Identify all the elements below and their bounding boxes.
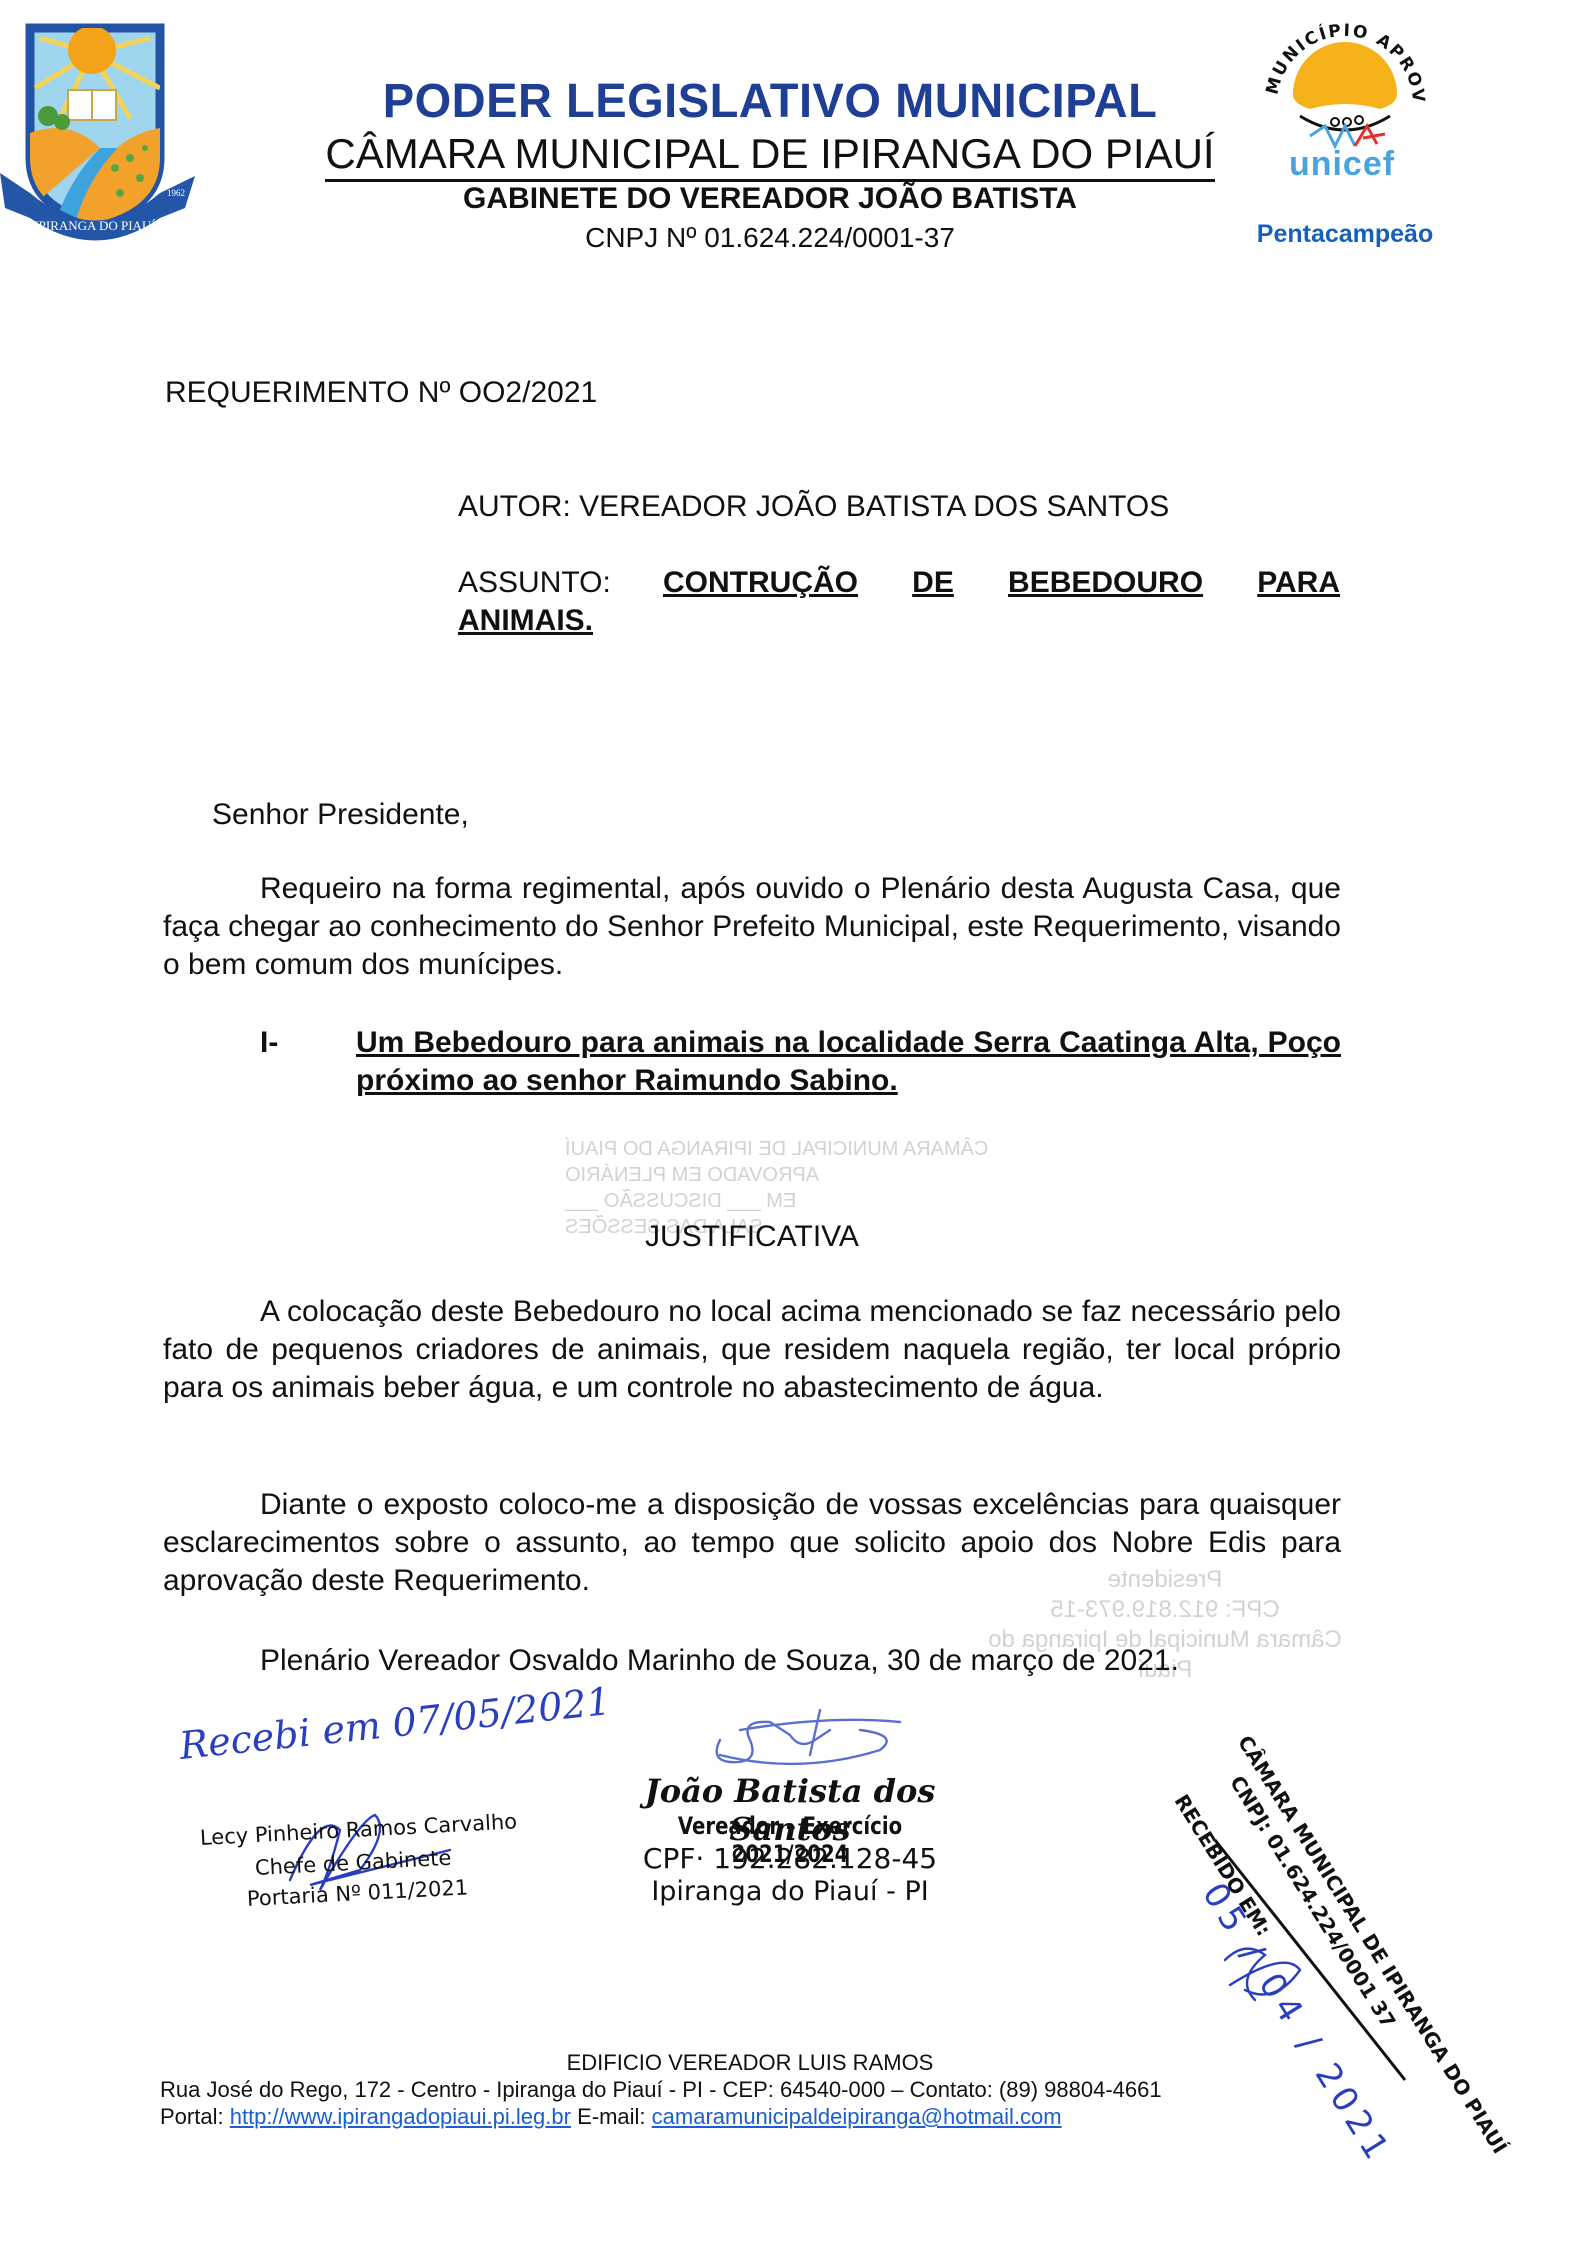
place-and-date: Plenário Vereador Osvaldo Marinho de Sou… — [260, 1642, 1179, 1680]
subject-line2: ANIMAIS. — [458, 604, 593, 637]
document-subject: ASSUNTO: CONTRUÇÃO DE BEBEDOURO PARA ANI… — [458, 564, 1340, 640]
email-link[interactable]: camaramunicipaldeipiranga@hotmail.com — [652, 2104, 1062, 2129]
footer-building: EDIFICIO VEREADOR LUIS RAMOS — [140, 2050, 1360, 2076]
municipal-crest-icon: IPIRANGA DO PIAUÍ 1962 — [0, 8, 205, 258]
header-cnpj: CNPJ Nº 01.624.224/0001-37 — [270, 222, 1270, 254]
center-signer-cpf: CPF· 192.282.128-45 — [590, 1842, 990, 1875]
document-author: AUTOR: VEREADOR JOÃO BATISTA DOS SANTOS — [458, 488, 1169, 526]
svg-text:IPIRANGA DO PIAUÍ: IPIRANGA DO PIAUÍ — [34, 218, 155, 233]
footer-contacts: Portal: http://www.ipirangadopiaui.pi.le… — [160, 2104, 1062, 2130]
request-item: I- Um Bebedouro para animais na localida… — [163, 1024, 1341, 1100]
unicef-brand: unicef — [1252, 145, 1432, 184]
greeting: Senhor Presidente, — [212, 796, 469, 834]
justification-title: JUSTIFICATIVA — [163, 1218, 1341, 1256]
closing-paragraph: Diante o exposto coloco-me a disposição … — [163, 1486, 1341, 1600]
subject-line1: CONTRUÇÃO DE BEBEDOURO PARA — [663, 564, 1340, 602]
item-number: I- — [163, 1024, 356, 1100]
item-text: Um Bebedouro para animais na localidade … — [356, 1024, 1341, 1100]
footer-address: Rua José do Rego, 172 - Centro - Ipirang… — [160, 2077, 1162, 2103]
portal-link[interactable]: http://www.ipirangadopiaui.pi.leg.br — [230, 2104, 571, 2129]
document-number: REQUERIMENTO Nº OO2/2021 — [165, 374, 597, 412]
center-signature-scribble-icon — [680, 1700, 920, 1780]
center-signer-city: Ipiranga do Piauí - PI — [590, 1876, 990, 1907]
unicef-caption: Pentacampeão — [1240, 220, 1450, 249]
subject-label: ASSUNTO: — [458, 564, 663, 602]
request-paragraph: Requeiro na forma regimental, após ouvid… — [163, 870, 1341, 984]
svg-text:1962: 1962 — [167, 188, 185, 198]
header-title: PODER LEGISLATIVO MUNICIPAL — [280, 74, 1260, 129]
header-chamber-name: CÂMARA MUNICIPAL DE IPIRANGA DO PIAUÍ — [270, 130, 1270, 178]
justification-paragraph: A colocação deste Bebedouro no local aci… — [163, 1293, 1341, 1407]
header-cabinet: GABINETE DO VEREADOR JOÃO BATISTA — [270, 182, 1270, 216]
